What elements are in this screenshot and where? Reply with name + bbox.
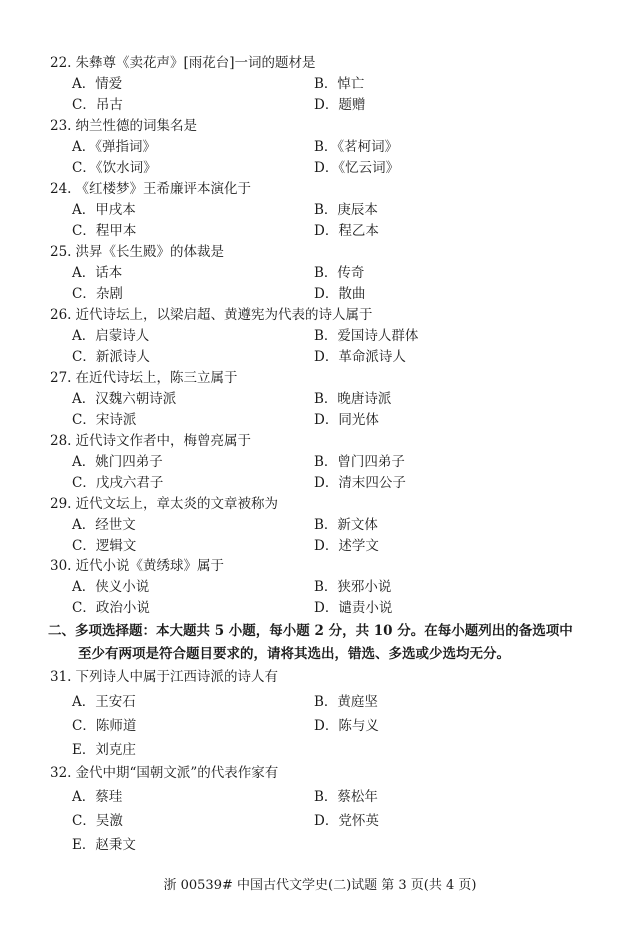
option-26-a: A．启蒙诗人 <box>72 327 149 345</box>
question-number: 30. <box>50 558 71 574</box>
question-number: 22. <box>50 55 71 71</box>
option-32-a: A．蔡珪 <box>72 788 122 806</box>
option-29-a: A．经世文 <box>72 516 136 534</box>
option-31-b: B．黄庭坚 <box>314 693 378 711</box>
option-27-c: C．宋诗派 <box>72 411 136 429</box>
option-25-d: D．散曲 <box>314 285 365 303</box>
question-27: 27.在近代诗坛上，陈三立属于 <box>50 369 237 387</box>
question-29: 29.近代文坛上，章太炎的文章被称为 <box>50 495 278 513</box>
question-26: 26.近代诗坛上，以梁启超、黄遵宪为代表的诗人属于 <box>50 306 372 324</box>
option-23-a: A．《弹指词》 <box>72 138 156 156</box>
question-text: 近代诗坛上，以梁启超、黄遵宪为代表的诗人属于 <box>75 307 372 323</box>
option-32-c: C．吴激 <box>72 812 123 830</box>
option-22-d: D．题赠 <box>314 96 365 114</box>
option-26-c: C．新派诗人 <box>72 348 150 366</box>
question-number: 29. <box>50 496 71 512</box>
option-30-d: D．谴责小说 <box>314 599 392 617</box>
option-31-a: A．王安石 <box>72 693 136 711</box>
option-28-d: D．清末四公子 <box>314 474 406 492</box>
option-25-b: B．传奇 <box>314 264 364 282</box>
question-text: 纳兰性德的词集名是 <box>75 118 197 134</box>
question-text: 近代小说《黄绣球》属于 <box>75 558 224 574</box>
question-text: 《红楼梦》王希廉评本演化于 <box>75 181 251 197</box>
option-23-c: C．《饮水词》 <box>72 159 157 177</box>
option-32-b: B．蔡松年 <box>314 788 378 806</box>
option-28-b: B．曾门四弟子 <box>314 453 405 471</box>
option-31-c: C．陈师道 <box>72 717 136 735</box>
question-31: 31.下列诗人中属于江西诗派的诗人有 <box>50 668 278 686</box>
question-number: 28. <box>50 433 71 449</box>
question-text: 近代文坛上，章太炎的文章被称为 <box>75 496 278 512</box>
question-number: 24. <box>50 181 71 197</box>
question-24: 24.《红楼梦》王希廉评本演化于 <box>50 180 251 198</box>
question-text: 朱彝尊《卖花声》[雨花台]一词的题材是 <box>75 55 315 71</box>
option-24-c: C．程甲本 <box>72 222 136 240</box>
question-text: 下列诗人中属于江西诗派的诗人有 <box>75 669 278 685</box>
option-23-b: B．《茗柯词》 <box>314 138 398 156</box>
question-23: 23.纳兰性德的词集名是 <box>50 117 197 135</box>
question-25: 25.洪昇《长生殿》的体裁是 <box>50 243 224 261</box>
option-28-c: C．戊戌六君子 <box>72 474 163 492</box>
question-22: 22.朱彝尊《卖花声》[雨花台]一词的题材是 <box>50 54 316 72</box>
option-32-d: D．党怀英 <box>314 812 379 830</box>
question-28: 28.近代诗文作者中，梅曾亮属于 <box>50 432 251 450</box>
option-31-e: E．刘克庄 <box>72 741 136 759</box>
option-30-c: C．政治小说 <box>72 599 150 617</box>
page-footer: 浙 00539# 中国古代文学史(二)试题 第 3 页(共 4 页) <box>0 877 640 895</box>
option-24-b: B．庚辰本 <box>314 201 378 219</box>
question-text: 近代诗文作者中，梅曾亮属于 <box>75 433 251 449</box>
option-23-d: D．《忆云词》 <box>314 159 399 177</box>
option-22-b: B．悼亡 <box>314 75 364 93</box>
option-22-c: C．吊古 <box>72 96 123 114</box>
question-30: 30.近代小说《黄绣球》属于 <box>50 557 224 575</box>
option-27-a: A．汉魏六朝诗派 <box>72 390 176 408</box>
section-two-instructions: 二、多项选择题：本大题共 5 小题，每小题 2 分，共 10 分。在每小题列出的… <box>48 622 573 640</box>
option-27-b: B．晚唐诗派 <box>314 390 391 408</box>
option-24-d: D．程乙本 <box>314 222 379 240</box>
question-number: 26. <box>50 307 71 323</box>
option-25-c: C．杂剧 <box>72 285 123 303</box>
question-number: 23. <box>50 118 71 134</box>
option-28-a: A．姚门四弟子 <box>72 453 163 471</box>
question-number: 31. <box>50 669 71 685</box>
option-29-c: C．逻辑文 <box>72 537 136 555</box>
option-24-a: A．甲戌本 <box>72 201 136 219</box>
option-31-d: D．陈与义 <box>314 717 379 735</box>
question-32: 32.金代中期“国朝文派”的代表作家有 <box>50 764 278 782</box>
section-two-instructions-cont: 至少有两项是符合题目要求的，请将其选出，错选、多选或少选均无分。 <box>78 645 510 663</box>
option-32-e: E．赵秉文 <box>72 836 136 854</box>
option-27-d: D．同光体 <box>314 411 379 429</box>
option-30-b: B．狭邪小说 <box>314 578 391 596</box>
option-26-d: D．革命派诗人 <box>314 348 406 366</box>
option-29-d: D．述学文 <box>314 537 379 555</box>
question-number: 32. <box>50 765 71 781</box>
option-29-b: B．新文体 <box>314 516 378 534</box>
option-25-a: A．话本 <box>72 264 122 282</box>
option-30-a: A．侠义小说 <box>72 578 149 596</box>
question-text: 在近代诗坛上，陈三立属于 <box>75 370 237 386</box>
question-text: 洪昇《长生殿》的体裁是 <box>75 244 224 260</box>
option-26-b: B．爱国诗人群体 <box>314 327 418 345</box>
question-number: 25. <box>50 244 71 260</box>
question-number: 27. <box>50 370 71 386</box>
question-text: 金代中期“国朝文派”的代表作家有 <box>75 765 278 781</box>
option-22-a: A．情爱 <box>72 75 122 93</box>
